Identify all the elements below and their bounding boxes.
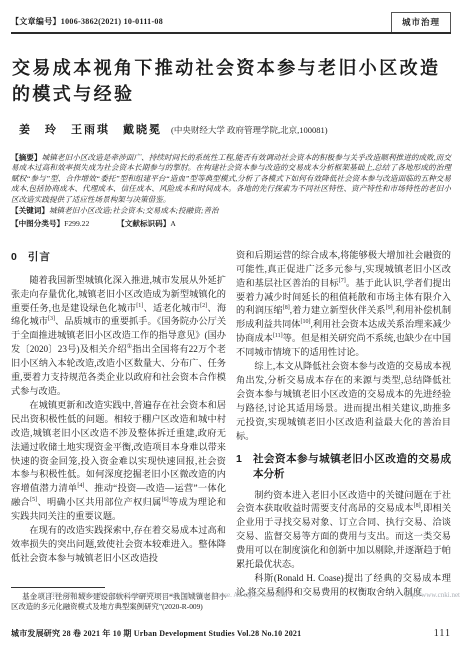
paragraph: 资和后期运营的综合成本,将能够极大增加社会融资的可能性,真正促进广泛多元参与,实… <box>236 249 451 360</box>
paragraph: 科斯(Ronald H. Coase)提出了经典的交易成本理论,将交易利得和交易… <box>236 572 451 600</box>
abstract-label: 【摘要】 <box>11 153 42 162</box>
clc-value: F299.22 <box>64 219 89 228</box>
article-number: 【文章编号】1006-3862(2021) 10-0111-08 <box>11 16 163 32</box>
clc-label: 【中图分类号】 <box>11 219 64 228</box>
keywords-text: 城镇老旧小区改造;社会资本;交易成本;投融资;善治 <box>49 206 219 215</box>
page-header: 【文章编号】1006-3862(2021) 10-0111-08 城市治理 <box>11 12 451 34</box>
body-columns: 0引言 随着我国新型城镇化深入推进,城市发展从外延扩张走向存量优化,城镇老旧小区… <box>11 249 451 613</box>
section-0-heading: 0引言 <box>11 251 226 265</box>
section-tag-badge: 城市治理 <box>391 12 451 32</box>
left-column: 0引言 随着我国新型城镇化深入推进,城市发展从外延扩张走向存量优化,城镇老旧小区… <box>11 249 226 613</box>
abstract-text: 城镇老旧小区改造是牵涉面广、持续时间长的系统性工程,能否有效调动社会资本的积极参… <box>11 153 451 204</box>
section-1-title: 社会资本参与城镇老旧小区改造的交易成本分析 <box>253 452 451 482</box>
paragraph: 制约资本进入老旧小区改造中的关键问题在于社会资本获取收益时需要支付高昂的交易成本… <box>236 489 451 572</box>
fund-note-text: 基金项目:住房和城乡建设部软科学研究项目“我国城镇老旧小区改造的多元化融资模式及… <box>11 592 226 613</box>
authors-line: 姜 玲 王雨琪 戴晓冕 (中央财经大学 政府管理学院,北京,100081) <box>19 120 451 138</box>
keywords-line: 【关键词】城镇老旧小区改造;社会资本;交易成本;投融资;善治 <box>11 206 451 216</box>
page-footer: 城市发展研究 28 卷 2021 年 10 期 Urban Developmen… <box>11 628 451 639</box>
left-column-text: 0引言 随着我国新型城镇化深入推进,城市发展从外延扩张走向存量优化,城镇老旧小区… <box>11 249 226 566</box>
author-names: 姜 玲 王雨琪 戴晓冕 <box>19 124 162 136</box>
footer-journal-info: 城市发展研究 28 卷 2021 年 10 期 Urban Developmen… <box>11 628 301 639</box>
page-number: 111 <box>434 628 451 639</box>
section-0-number: 0 <box>11 251 18 263</box>
paragraph: 随着我国新型城镇化深入推进,城市发展从外延扩张走向存量优化,城镇老旧小区改造成为… <box>11 274 226 399</box>
paragraph: 在现有的改造实践探索中,存在着交易成本过高和效率损失的突出问题,致使社会资本较难… <box>11 524 226 566</box>
keywords-label: 【关键词】 <box>11 206 49 215</box>
section-1-number: 1 <box>236 452 253 482</box>
section-0-title: 引言 <box>28 251 51 263</box>
journal-page: 【文章编号】1006-3862(2021) 10-0111-08 城市治理 交易… <box>0 0 462 645</box>
abstract-block: 【摘要】城镇老旧小区改造是牵涉面广、持续时间长的系统性工程,能否有效调动社会资本… <box>11 153 451 205</box>
fund-footnote: 基金项目:住房和城乡建设部软科学研究项目“我国城镇老旧小区改造的多元化融资模式及… <box>11 587 226 613</box>
paragraph: 综上,本文从降低社会资本参与改造的交易成本视角出发,分析交易成本存在的来源与类型… <box>236 360 451 443</box>
footnote-divider <box>11 587 105 588</box>
section-1-heading: 1社会资本参与城镇老旧小区改造的交易成本分析 <box>236 452 451 482</box>
right-column: 资和后期运营的综合成本,将能够极大增加社会融资的可能性,真正促进广泛多元参与,实… <box>236 249 451 613</box>
clc-pair: 【中图分类号】F299.22 <box>11 219 89 228</box>
doc-code-value: A <box>170 219 175 228</box>
doc-code-pair: 【文献标识码】A <box>117 219 176 228</box>
doc-code-label: 【文献标识码】 <box>117 219 170 228</box>
paragraph: 在城镇更新和改造实践中,普遍存在社会资本和居民出资积极性低的问题。相较于棚户区改… <box>11 399 226 524</box>
paper-title: 交易成本视角下推动社会资本参与老旧小区改造的模式与经验 <box>12 55 450 107</box>
classification-line: 【中图分类号】F299.22 【文献标识码】A <box>11 219 451 229</box>
author-affiliation: (中央财经大学 政府管理学院,北京,100081) <box>171 125 328 135</box>
